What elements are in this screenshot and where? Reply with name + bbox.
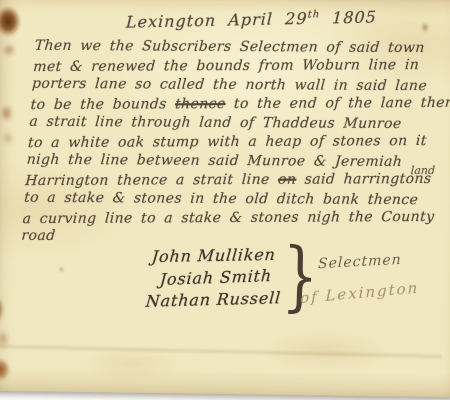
line8-pre: Harrington thence a strait line: [25, 172, 279, 189]
body-line-10: a curving line to a stake & stones nigh …: [22, 208, 438, 229]
document-scan: Lexington April 29th 1805 Then we the Su…: [0, 0, 450, 400]
body-line-9: to a stake & stones in the old ditch ban…: [23, 189, 439, 211]
signature-josiah-smith: Josiah Smith: [159, 266, 273, 289]
signature-nathan-russell: Nathan Russell: [145, 288, 282, 311]
stain-top-left-small: [0, 42, 18, 58]
stain-left-upper-faint: [1, 130, 15, 146]
body-line-6: to a white oak stump with a heap of ston…: [27, 132, 443, 153]
line4-pre: to be the bounds: [30, 96, 175, 113]
spot-top-right: [420, 21, 430, 34]
signature-john-mulliken: John Mulliken: [151, 245, 277, 266]
body-line-4: to be the bounds thence to the end of th…: [30, 94, 446, 115]
body-line-3: porters lane so called the north wall in…: [31, 75, 447, 97]
dateline-day-suffix: th: [307, 9, 320, 20]
line8-struck-word: on: [278, 172, 297, 188]
dateline-place: Lexington: [126, 11, 217, 32]
paper-crease: [0, 343, 442, 360]
dateline-month: April: [228, 10, 274, 30]
line8-inserted-word: land: [410, 161, 435, 180]
body-line-1: Then we the Subscribers Selectmen of sai…: [34, 37, 450, 59]
body-line-8: Harrington thence a strait line on said …: [25, 170, 441, 191]
line4-struck-word: thence: [175, 96, 227, 112]
body-line-5: a strait line through land of Thaddeus M…: [29, 113, 445, 135]
line4-post: to the end of the lane thence: [225, 95, 450, 112]
body-line-2: met & renewed the bounds from Woburn lin…: [33, 56, 449, 77]
body-line-7: nigh the line between said Munroe & Jere…: [26, 151, 442, 173]
spot-middle-left: [58, 266, 65, 273]
dateline-year: 1805: [332, 7, 378, 27]
body-text: Then we the Subscribers Selectmen of sai…: [21, 38, 450, 247]
dateline-day: 29: [285, 9, 308, 28]
